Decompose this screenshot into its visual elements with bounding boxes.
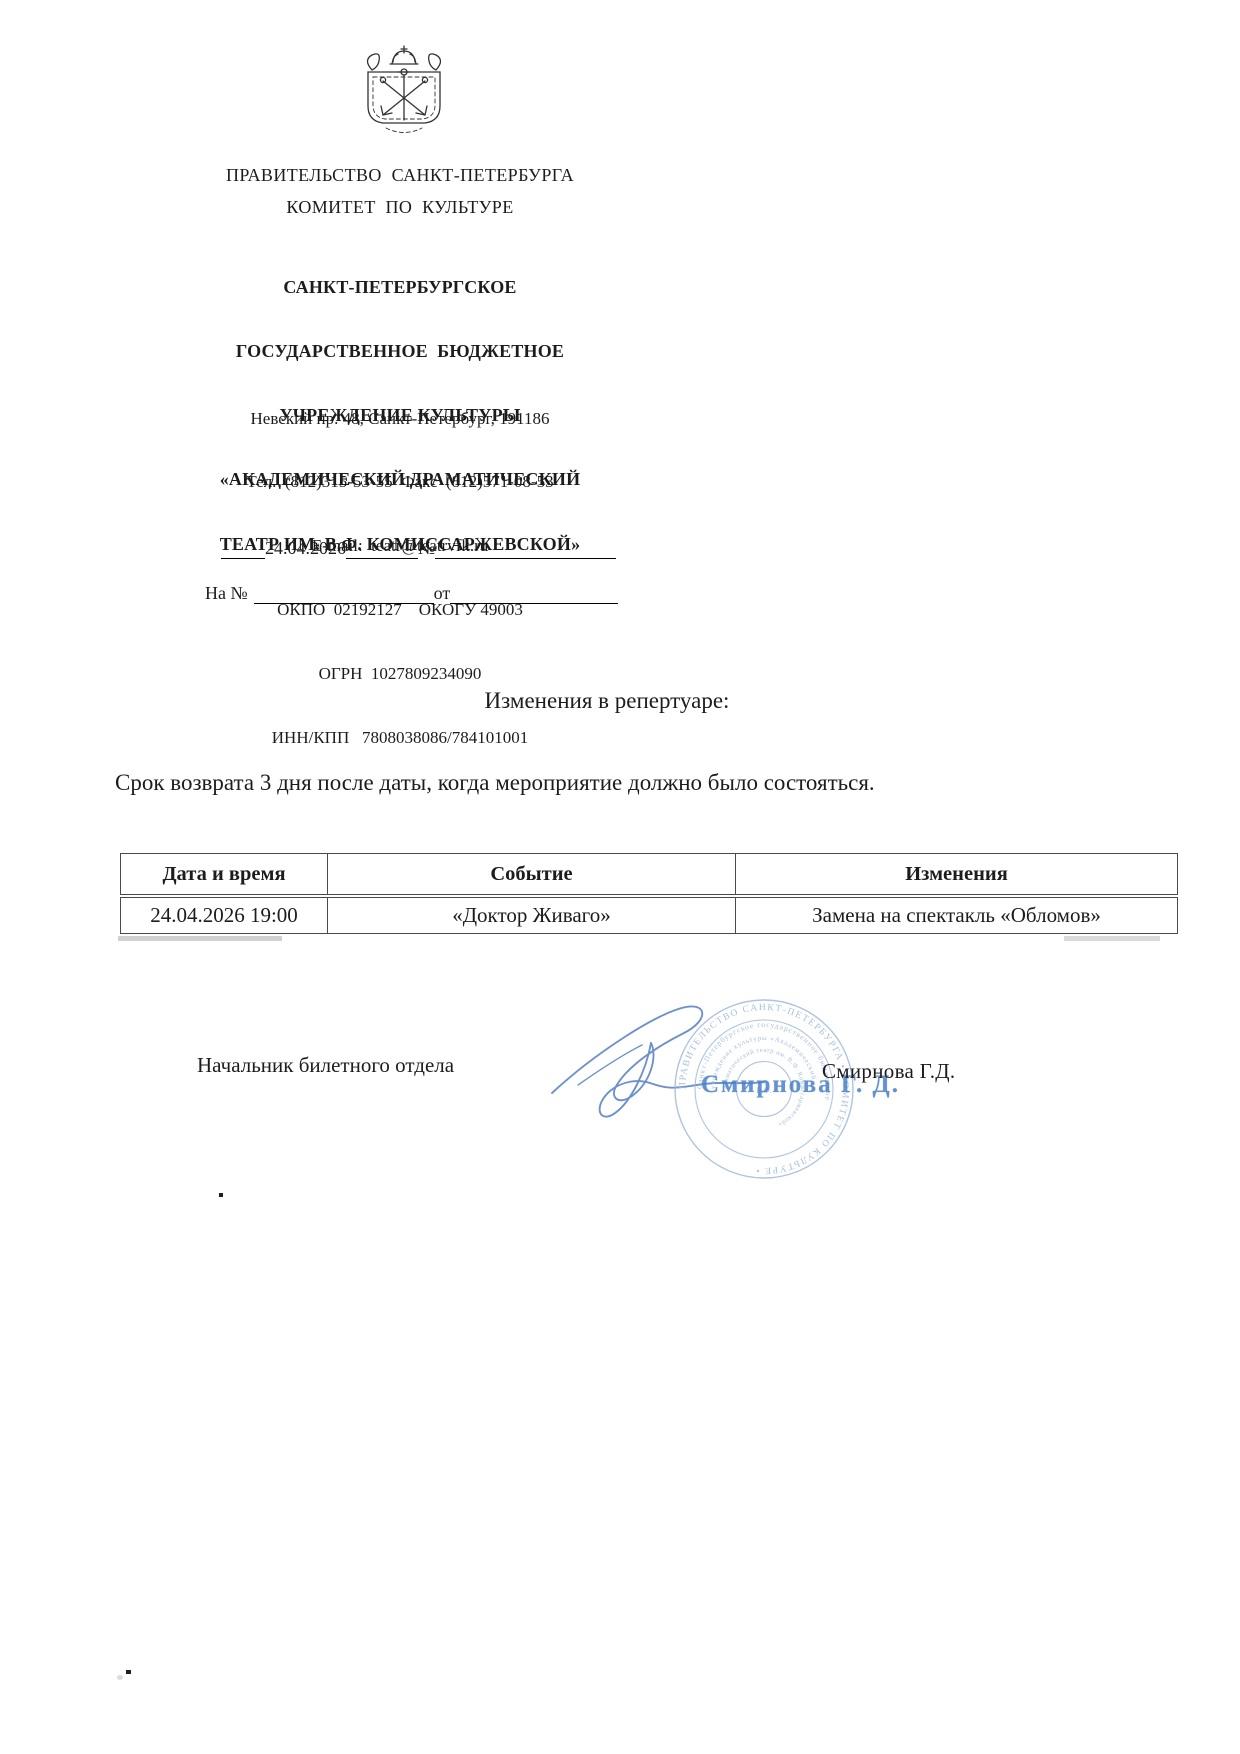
repertoire-changes-table: Дата и время Событие Изменения 24.04.202… — [120, 853, 1178, 934]
blank-line — [221, 539, 265, 559]
phone-line: Тел. (812)315-53-55 Факс (812)571-08-53 — [170, 471, 630, 492]
org-line: САНКТ-ПЕТЕРБУРГСКОЕ — [170, 277, 630, 298]
blank-line — [450, 584, 618, 604]
spb-coat-of-arms-icon — [352, 42, 456, 142]
signer-name: Смирнова Г.Д. — [822, 1059, 955, 1084]
letterhead-committee-line: КОМИТЕТ ПО КУЛЬТУРЕ — [170, 197, 630, 218]
letter-date: 24.04.2026 — [265, 538, 346, 558]
inn-kpp-line: ИНН/КПП 7808038086/784101001 — [170, 727, 630, 748]
document-page: ПРАВИТЕЛЬСТВО САНКТ-ПЕТЕРБУРГА КОМИТЕТ П… — [0, 0, 1240, 1754]
signer-position-title: Начальник билетного отдела — [197, 1053, 454, 1078]
table-header-row: Дата и время Событие Изменения — [121, 854, 1178, 897]
blank-line — [435, 539, 616, 559]
cell-change: Замена на спектакль «Обломов» — [736, 896, 1178, 934]
address-line: Невский пр. 48, Санкт-Петербург, 191186 — [170, 408, 630, 429]
ogrn-line: ОГРН 1027809234090 — [170, 663, 630, 684]
scan-speck — [126, 1670, 131, 1674]
document-title: Изменения в репертуаре: — [0, 688, 1214, 714]
org-line: ГОСУДАРСТВЕННОЕ БЮДЖЕТНОЕ — [170, 341, 630, 362]
cell-date-time: 24.04.2026 19:00 — [121, 896, 328, 934]
blank-line — [254, 584, 434, 604]
reference-line: На №от — [187, 562, 618, 625]
scan-shadow — [118, 936, 282, 941]
cell-event: «Доктор Живаго» — [328, 896, 736, 934]
letterhead-government-line: ПРАВИТЕЛЬСТВО САНКТ-ПЕТЕРБУРГА — [170, 165, 630, 186]
scan-shadow — [1064, 936, 1160, 941]
number-label: № — [418, 538, 435, 558]
scan-speck — [219, 1193, 223, 1197]
header-event: Событие — [328, 854, 736, 897]
ref-from-label: от — [434, 583, 451, 603]
header-changes: Изменения — [736, 854, 1178, 897]
scan-speck — [117, 1675, 123, 1680]
header-date-time: Дата и время — [121, 854, 328, 897]
return-policy-note: Срок возврата 3 дня после даты, когда ме… — [115, 770, 875, 796]
blank-line — [346, 539, 418, 559]
ref-label: На № — [205, 583, 248, 603]
table-row: 24.04.2026 19:00 «Доктор Живаго» Замена … — [121, 896, 1178, 934]
